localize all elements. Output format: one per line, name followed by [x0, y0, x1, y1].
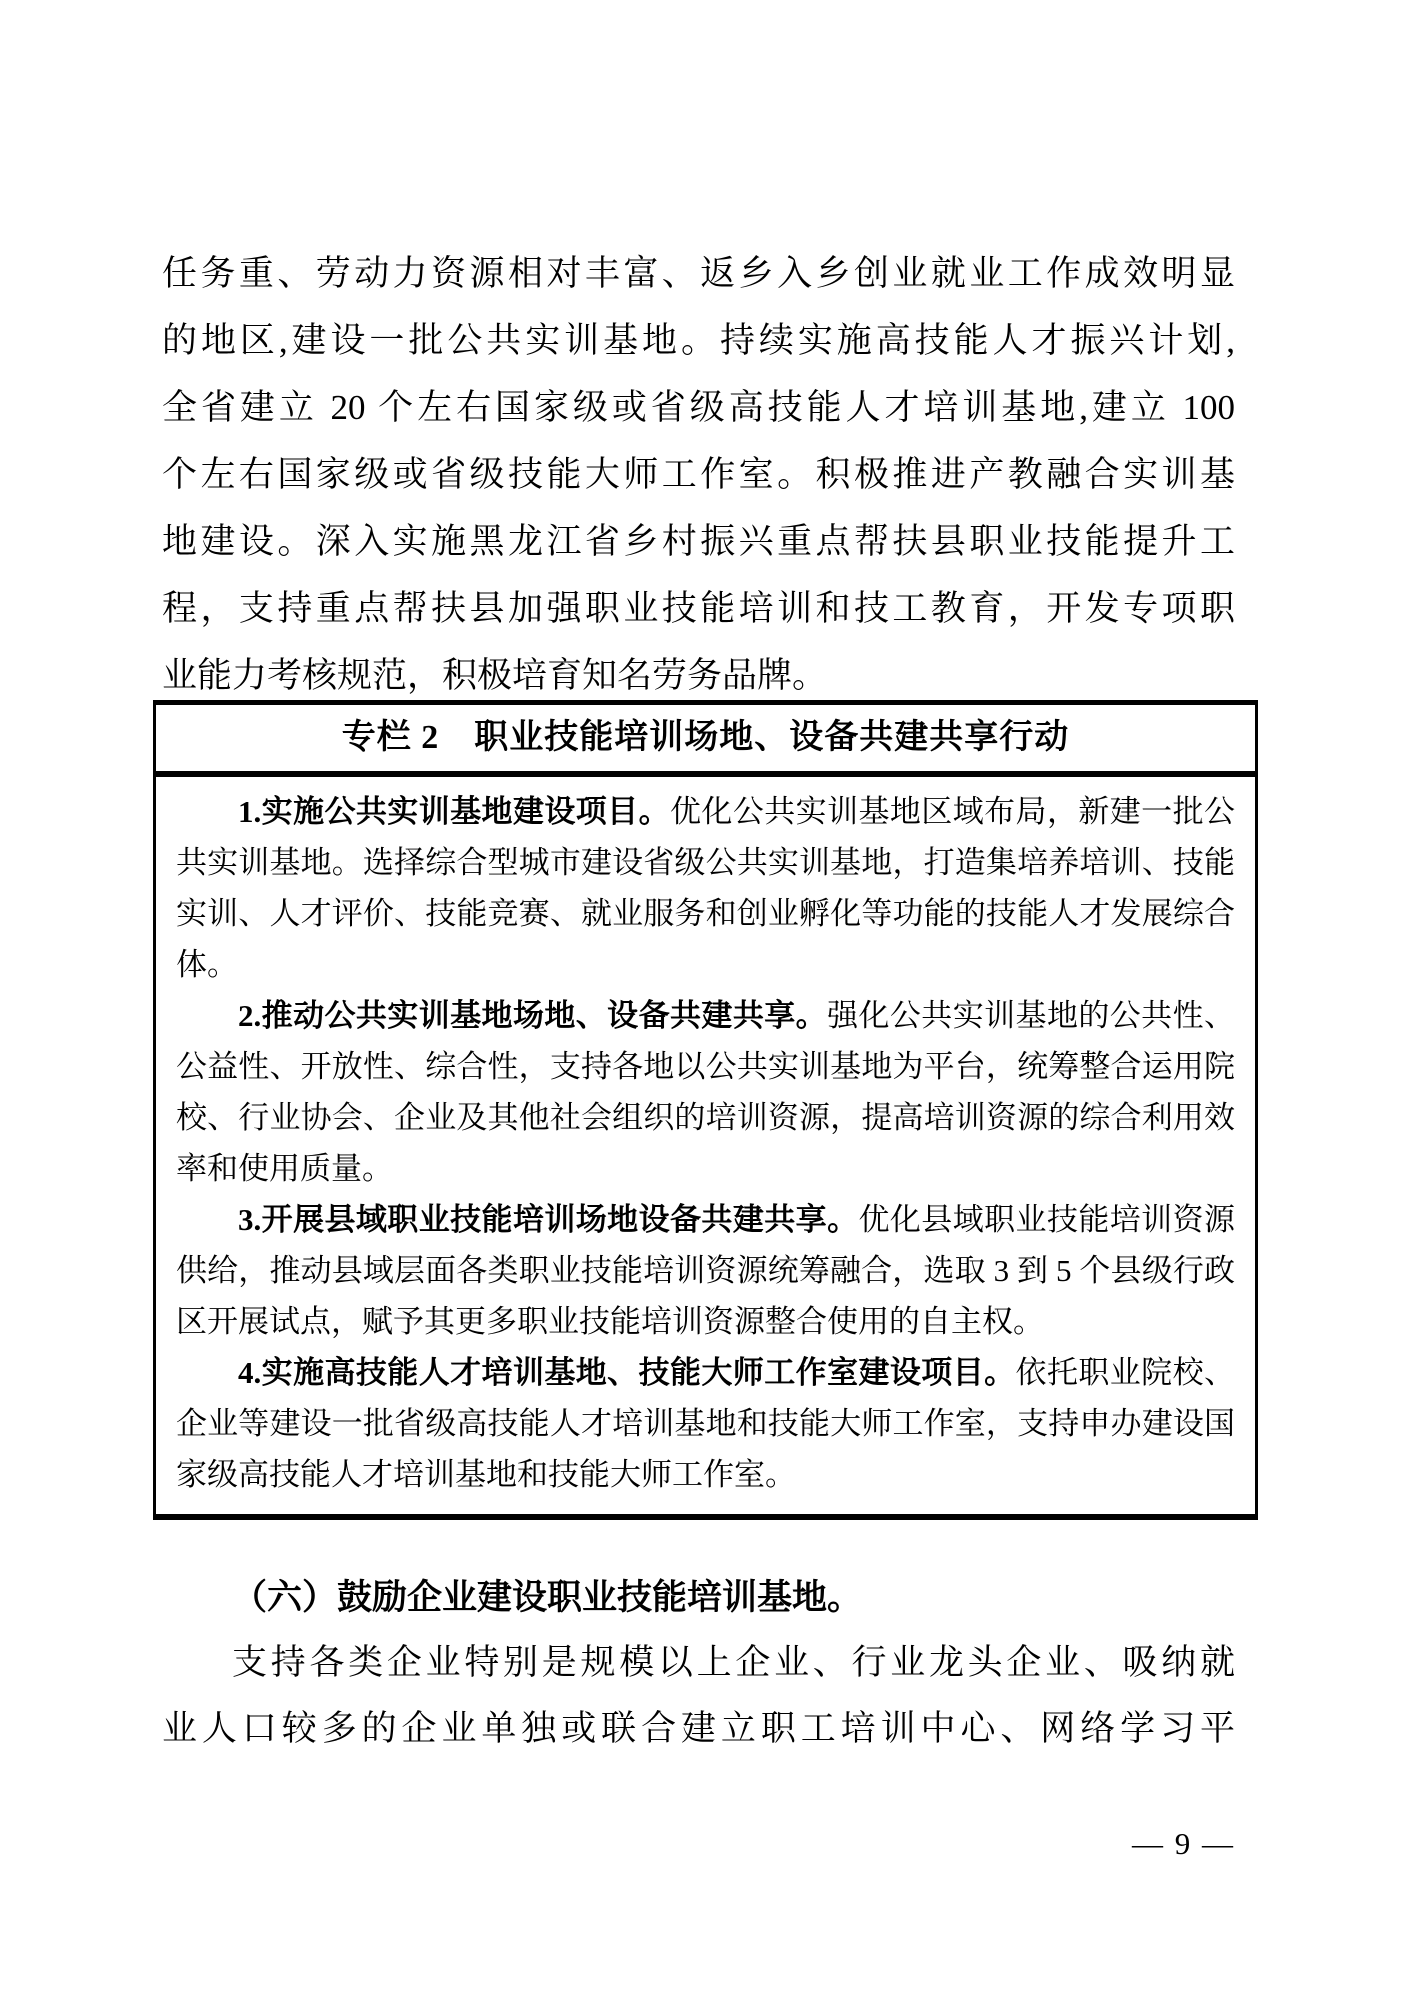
intro-line: 业能力考核规范，积极培育知名劳务品牌。 — [162, 642, 1235, 709]
panel-item-lead: 2.推动公共实训基地场地、设备共建共享。 — [238, 998, 827, 1033]
intro-line: 全省建立 20 个左右国家级或省级高技能人才培训基地,建立 100 — [162, 374, 1235, 441]
intro-line: 任务重、劳动力资源相对丰富、返乡入乡创业就业工作成效明显 — [162, 240, 1235, 307]
panel-item: 3.开展县域职业技能培训场地设备共建共享。优化县域职业技能培训资源供给，推动县域… — [176, 1194, 1235, 1347]
panel-item: 1.实施公共实训基地建设项目。优化公共实训基地区域布局，新建一批公共实训基地。选… — [176, 786, 1235, 990]
page-number: — 9 — — [1132, 1826, 1235, 1862]
section-paragraph: 支持各类企业特别是规模以上企业、行业龙头企业、吸纳就 业人口较多的企业单独或联合… — [162, 1630, 1235, 1762]
document-page: 任务重、劳动力资源相对丰富、返乡入乡创业就业工作成效明显 的地区,建设一批公共实… — [0, 0, 1411, 1995]
panel-box: 专栏 2 职业技能培训场地、设备共建共享行动 1.实施公共实训基地建设项目。优化… — [153, 700, 1258, 1520]
section-line: 支持各类企业特别是规模以上企业、行业龙头企业、吸纳就 — [162, 1630, 1235, 1696]
panel-body: 1.实施公共实训基地建设项目。优化公共实训基地区域布局，新建一批公共实训基地。选… — [156, 777, 1255, 1514]
panel-item: 2.推动公共实训基地场地、设备共建共享。强化公共实训基地的公共性、公益性、开放性… — [176, 990, 1235, 1194]
section-heading: （六）鼓励企业建设职业技能培训基地。 — [162, 1568, 1235, 1628]
panel-item-lead: 1.实施公共实训基地建设项目。 — [238, 794, 670, 829]
section-line: 业人口较多的企业单独或联合建立职工培训中心、网络学习平 — [162, 1696, 1235, 1762]
intro-line: 程，支持重点帮扶县加强职业技能培训和技工教育，开发专项职 — [162, 575, 1235, 642]
panel-item-lead: 4.实施高技能人才培训基地、技能大师工作室建设项目。 — [238, 1355, 1016, 1390]
panel-title: 专栏 2 职业技能培训场地、设备共建共享行动 — [156, 705, 1255, 777]
panel-item-lead: 3.开展县域职业技能培训场地设备共建共享。 — [238, 1202, 858, 1237]
intro-line: 的地区,建设一批公共实训基地。持续实施高技能人才振兴计划, — [162, 307, 1235, 374]
panel-item: 4.实施高技能人才培训基地、技能大师工作室建设项目。依托职业院校、企业等建设一批… — [176, 1347, 1235, 1500]
intro-line: 地建设。深入实施黑龙江省乡村振兴重点帮扶县职业技能提升工 — [162, 508, 1235, 575]
intro-line: 个左右国家级或省级技能大师工作室。积极推进产教融合实训基 — [162, 441, 1235, 508]
intro-paragraph: 任务重、劳动力资源相对丰富、返乡入乡创业就业工作成效明显 的地区,建设一批公共实… — [162, 240, 1235, 709]
